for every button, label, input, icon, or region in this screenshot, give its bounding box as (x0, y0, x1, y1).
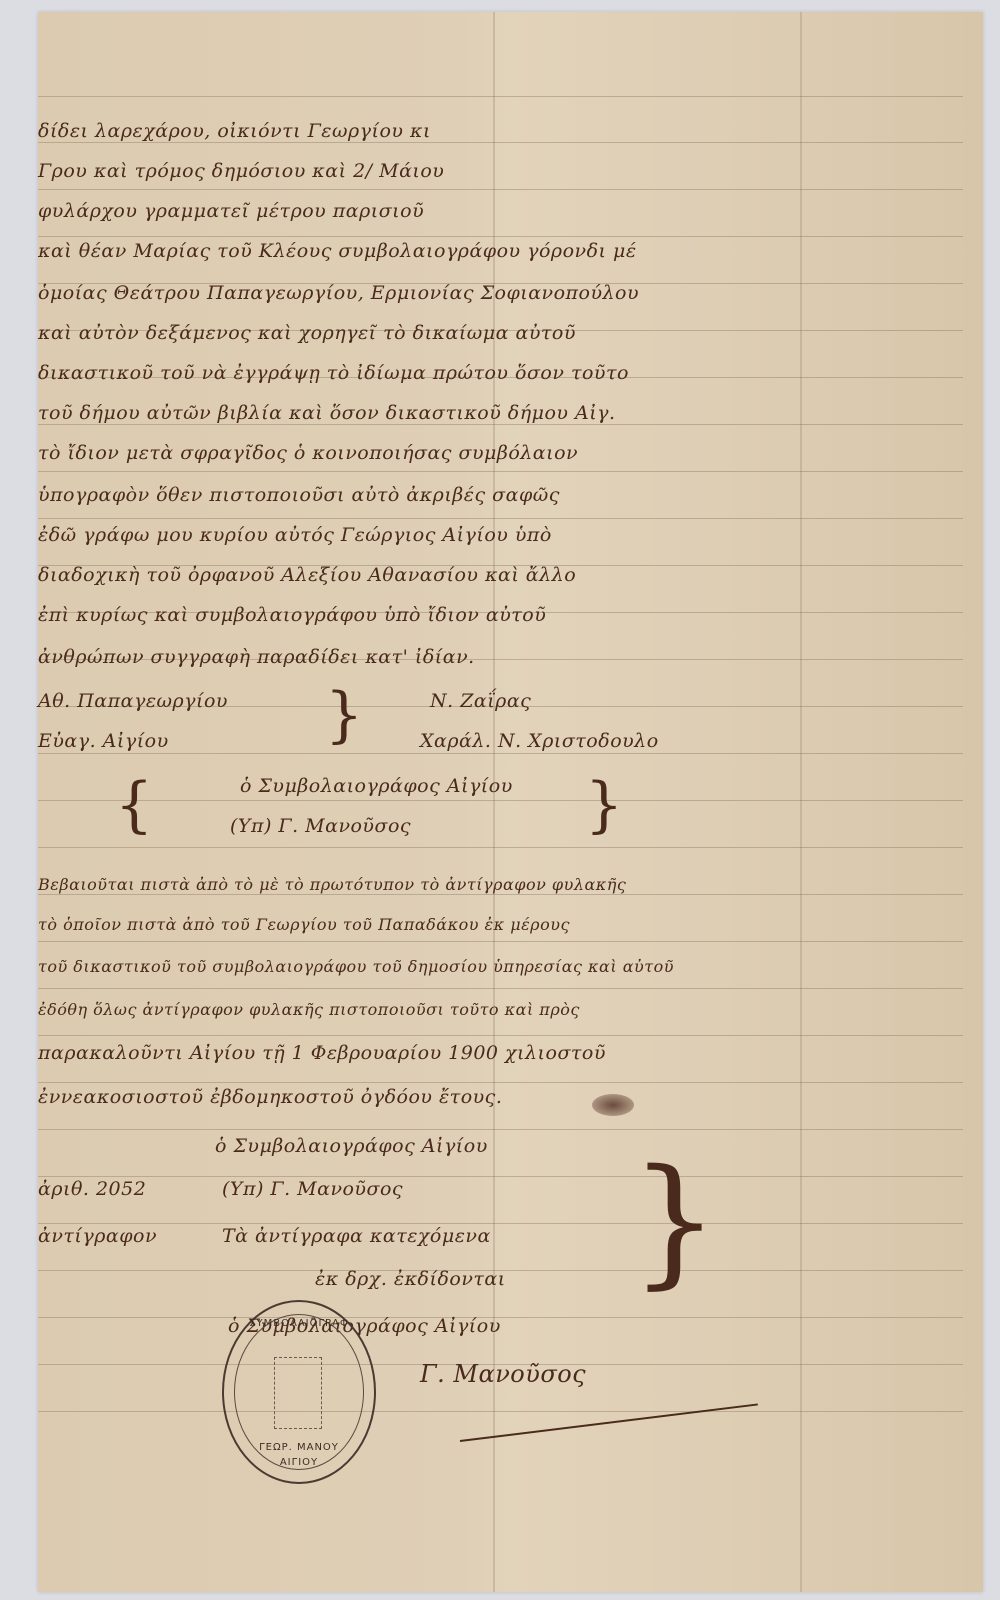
ruled-line (38, 236, 963, 237)
signature-witness-1: Αθ. Παπαγεωργίου (38, 690, 228, 712)
fee-line: Τὰ ἀντίγραφα κατεχόμενα (222, 1225, 491, 1247)
body-line: ἐδῶ γράφω μου κυρίου αὐτός Γεώργιος Αἰγί… (38, 524, 552, 546)
margin-number: ἀριθ. 2052 (38, 1178, 146, 1200)
ruled-line (38, 518, 963, 519)
ruled-line (38, 142, 963, 143)
body-line: ἀνθρώπων συγγραφὴ παραδίδει κατ' ἰδίαν. (38, 646, 475, 668)
margin-label: ἀντίγραφον (38, 1225, 157, 1247)
certification-line: ἐδόθη ὅλως ἀντίγραφον φυλακῆς πιστοποιοῦ… (38, 1000, 580, 1019)
brace-mark: } (585, 770, 623, 840)
certification-line: παρακαλοῦντι Αἰγίου τῇ 1 Φεβρουαρίου 190… (38, 1042, 606, 1064)
ruled-line (38, 847, 963, 848)
stamp-text-top: ΣΥΜΒΟΛΑΙΟΓΡΑΦ (224, 1318, 374, 1329)
body-line: ὑπογραφὸν ὅθεν πιστοποιοῦσι αὐτὸ ἀκριβές… (38, 484, 560, 506)
body-line: διαδοχικὴ τοῦ ὀρφανοῦ Αλεξίου Αθανασίου … (38, 564, 576, 586)
ruled-line (38, 988, 963, 989)
body-line: τὸ ἴδιον μετὰ σφραγῖδος ὁ κοινοποιήσας σ… (38, 442, 578, 464)
certification-line: Βεβαιοῦται πιστὰ ἀπὸ τὸ μὲ τὸ πρωτότυπον… (38, 875, 626, 894)
ruled-line (38, 1176, 963, 1177)
ink-stain (592, 1094, 634, 1116)
ruled-line (38, 1223, 963, 1224)
notary-name: (Υπ) Γ. Μανοῦσος (222, 1178, 403, 1200)
body-line: φυλάρχου γραμματεῖ μέτρου παρισιοῦ (38, 200, 424, 222)
ruled-line (38, 753, 963, 754)
ruled-line (38, 1411, 963, 1412)
brace-mark: { (115, 770, 153, 840)
notary-signature: Γ. Μανοῦσος (420, 1360, 586, 1388)
ruled-line (38, 1035, 963, 1036)
brace-mark: } (630, 1140, 719, 1303)
ruled-line (38, 471, 963, 472)
notary-title: ὁ Συμβολαιογράφος Αἰγίου (215, 1135, 488, 1157)
certification-line: ἐννεακοσιοστοῦ ἐβδομηκοστοῦ ὀγδόου ἔτους… (38, 1086, 502, 1108)
body-line: ὁμοίας Θεάτρου Παπαγεωργίου, Ερμιονίας Σ… (38, 282, 639, 304)
signature-witness-3: Ν. Ζαΐρας (430, 690, 531, 712)
signature-witness-2: Εὐαγ. Αἰγίου (38, 730, 169, 752)
ruled-line (38, 96, 963, 97)
body-line: Γρου καὶ τρόμος δημόσιου καὶ 2/ Μάιου (38, 160, 444, 182)
fee-line: ἐκ δρχ. ἐκδίδονται (315, 1268, 506, 1290)
body-line: ἐπὶ κυρίως καὶ συμβολαιογράφου ὑπὸ ἴδιον… (38, 604, 546, 626)
stamp-emblem-icon (274, 1357, 322, 1429)
body-line: καὶ θέαν Μαρίας τοῦ Κλέους συμβολαιογράφ… (38, 240, 637, 262)
notary-seal-stamp: ΣΥΜΒΟΛΑΙΟΓΡΑΦ ΓΕΩΡ. ΜΑΝΟΥ ΑΙΓΙΟΥ (222, 1300, 376, 1484)
ruled-line (38, 1082, 963, 1083)
brace-mark: } (325, 680, 363, 750)
body-line: τοῦ δήμου αὐτῶν βιβλία καὶ ὅσον δικαστικ… (38, 402, 616, 424)
fold-crease (800, 12, 802, 1592)
body-line: δικαστικοῦ τοῦ νὰ ἐγγράψῃ τὸ ἰδίωμα πρώτ… (38, 362, 629, 384)
signature-witness-4: Χαράλ. Ν. Χριστοδουλο (420, 730, 659, 752)
ruled-line (38, 424, 963, 425)
ruled-line (38, 800, 963, 801)
body-line: δίδει λαρεχάρου, οἰκιόντι Γεωργίου κι (38, 120, 431, 142)
body-line: καὶ αὐτὸν δεξάμενος καὶ χορηγεῖ τὸ δικαί… (38, 322, 576, 344)
notary-title: ὁ Συμβολαιογράφος Αἰγίου (240, 775, 513, 797)
ruled-line (38, 894, 963, 895)
ruled-line (38, 941, 963, 942)
certification-line: τοῦ δικαστικοῦ τοῦ συμβολαιογράφου τοῦ δ… (38, 957, 674, 976)
stamp-text-bottom: ΓΕΩΡ. ΜΑΝΟΥ (224, 1442, 374, 1453)
notary-name: (Υπ) Γ. Μανοῦσος (230, 815, 411, 837)
stamp-text-right: ΑΙΓΙΟΥ (224, 1457, 374, 1468)
ruled-line (38, 189, 963, 190)
certification-line: τὸ ὁποῖον πιστὰ ἀπὸ τοῦ Γεωργίου τοῦ Παπ… (38, 915, 570, 934)
ruled-line (38, 1129, 963, 1130)
